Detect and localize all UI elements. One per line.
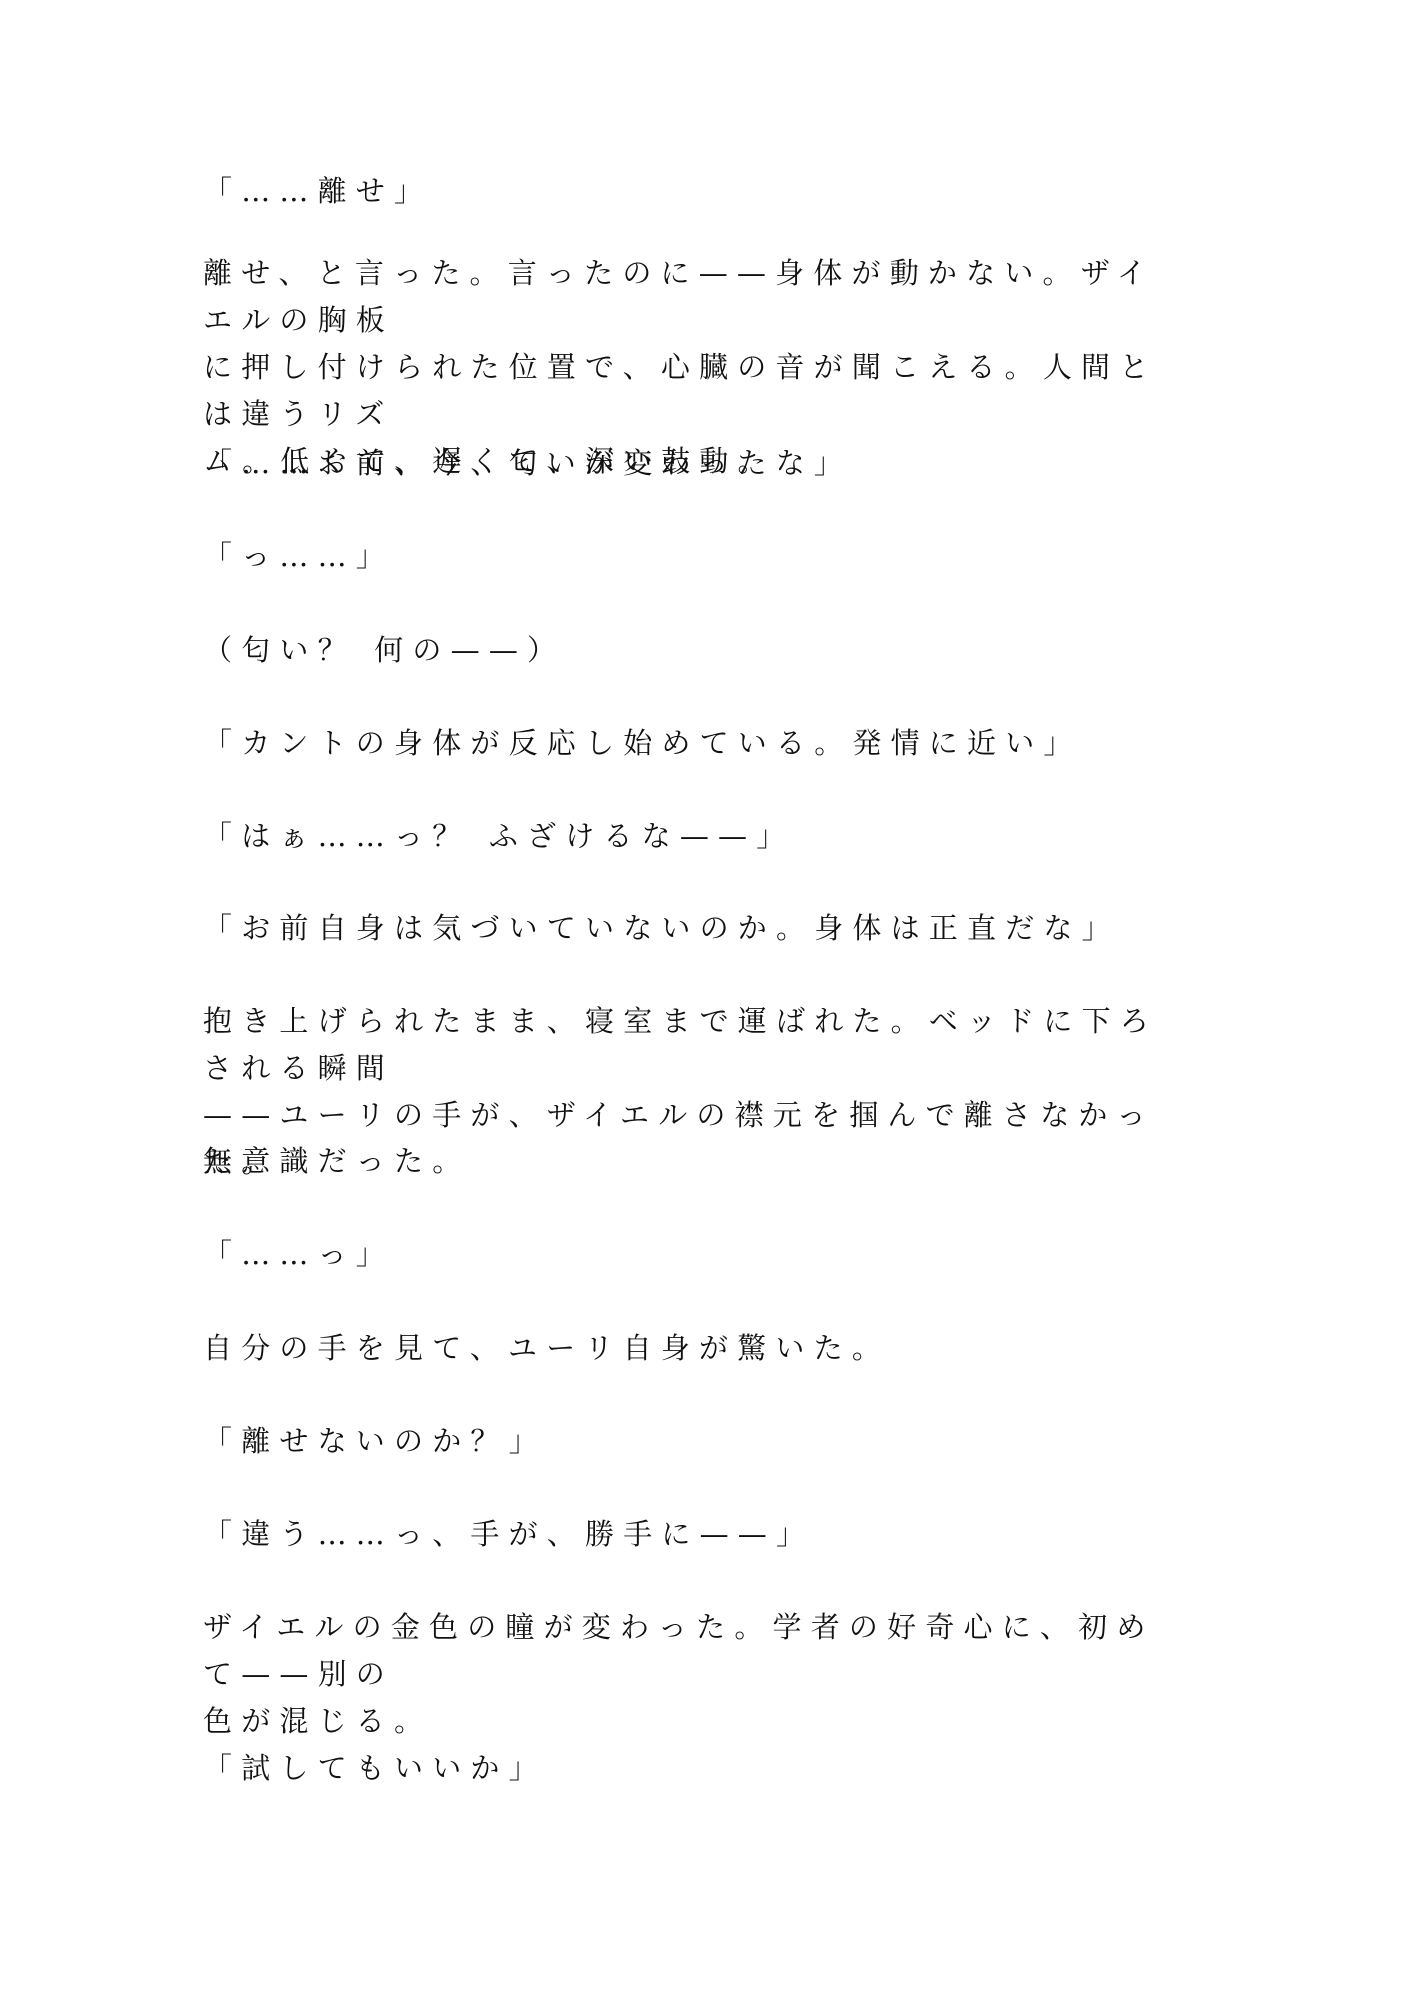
dialogue-paragraph: 「試してもいいか」 — [203, 1745, 1173, 1792]
text-line: 「試してもいいか」 — [203, 1751, 547, 1785]
dialogue-paragraph: 「お前自身は気づいていないのか。身体は正直だな」 — [203, 905, 1173, 952]
text-line: 無意識だった。 — [203, 1144, 470, 1178]
narration-paragraph: 自分の手を見て、ユーリ自身が驚いた。 — [203, 1325, 1173, 1372]
dialogue-paragraph: 「はぁ……っ？ ふざけるな——」 — [203, 813, 1173, 860]
text-line: 自分の手を見て、ユーリ自身が驚いた。 — [203, 1331, 890, 1365]
dialogue-paragraph: 「……お前、今、匂いが変わったな」 — [203, 440, 1173, 487]
dialogue-paragraph: 「違う……っ、手が、勝手に——」 — [203, 1511, 1173, 1558]
text-line: 「お前自身は気づいていないのか。身体は正直だな」 — [203, 911, 1120, 945]
text-line: 「……っ」 — [203, 1237, 394, 1271]
document-page: 「……離せ」 離せ、と言った。言ったのに——身体が動かない。ザイエルの胸板に押し… — [0, 0, 1415, 2000]
text-line: 「……お前、今、匂いが変わったな」 — [203, 446, 852, 480]
dialogue-paragraph: 「っ……」 — [203, 533, 1173, 580]
text-line: 「……離せ」 — [203, 174, 432, 208]
text-line: 「っ……」 — [203, 539, 394, 573]
text-line: 色が混じる。 — [203, 1704, 432, 1738]
text-line: 「はぁ……っ？ ふざけるな——」 — [203, 819, 794, 853]
text-line: 抱き上げられたまま、寝室まで運ばれた。ベッドに下ろされる瞬間 — [203, 1004, 1158, 1085]
dialogue-paragraph: 「離せないのか？」 — [203, 1418, 1173, 1465]
text-line: （匂い？ 何の——） — [203, 633, 565, 667]
text-line: 「離せないのか？」 — [203, 1424, 547, 1458]
dialogue-paragraph: 「……離せ」 — [203, 168, 1173, 215]
text-line: 「カントの身体が反応し始めている。発情に近い」 — [203, 726, 1082, 760]
text-line: 離せ、と言った。言ったのに——身体が動かない。ザイエルの胸板 — [203, 256, 1155, 337]
dialogue-paragraph: 「カントの身体が反応し始めている。発情に近い」 — [203, 720, 1173, 767]
narration-paragraph: ザイエルの金色の瞳が変わった。学者の好奇心に、初めて——別の色が混じる。 — [203, 1604, 1173, 1745]
text-line: 「違う……っ、手が、勝手に——」 — [203, 1517, 814, 1551]
thought-paragraph: （匂い？ 何の——） — [203, 627, 1173, 674]
text-line: ザイエルの金色の瞳が変わった。学者の好奇心に、初めて——別の — [203, 1610, 1155, 1691]
narration-paragraph: 無意識だった。 — [203, 1138, 1173, 1185]
text-line: に押し付けられた位置で、心臓の音が聞こえる。人間とは違うリズ — [203, 350, 1157, 431]
dialogue-paragraph: 「……っ」 — [203, 1231, 1173, 1278]
